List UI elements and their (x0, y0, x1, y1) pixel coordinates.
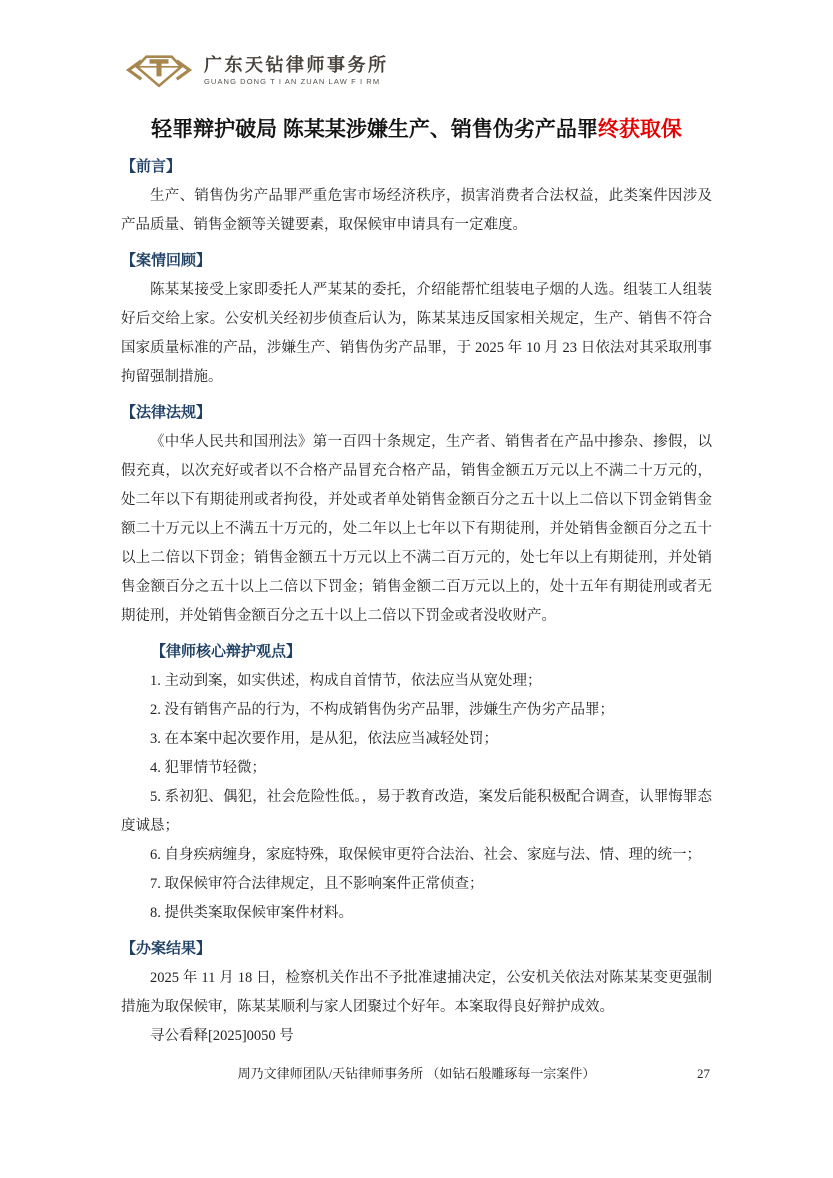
logo-name-en: GUANG DONG T I AN ZUAN LAW F I RM (204, 77, 389, 86)
title-main-text: 轻罪辩护破局 陈某某涉嫌生产、销售伪劣产品罪 (151, 118, 598, 141)
law-firm-logo: 广东天钻律师事务所 GUANG DONG T I AN ZUAN LAW F I… (121, 46, 712, 94)
title-highlight-text: 终获取保 (598, 118, 682, 141)
case-reference-number: 寻公看释[2025]0050 号 (121, 1022, 712, 1051)
section-heading-defense-points: 【律师核心辩护观点】 (121, 639, 712, 665)
defense-point-1: 1. 主动到案，如实供述，构成自首情节，依法应当从宽处理； (121, 667, 712, 696)
defense-point-7: 7. 取保候审符合法律规定，且不影响案件正常侦查； (121, 870, 712, 899)
logo-text-block: 广东天钻律师事务所 GUANG DONG T I AN ZUAN LAW F I… (204, 55, 389, 86)
result-paragraph: 2025 年 11 月 18 日，检察机关作出不予批准逮捕决定，公安机关依法对陈… (121, 964, 712, 1022)
foreword-paragraph: 生产、销售伪劣产品罪严重危害市场经济秩序，损害消费者合法权益，此类案件因涉及产品… (121, 182, 712, 240)
section-heading-result: 【办案结果】 (121, 936, 712, 962)
article-title: 轻罪辩护破局 陈某某涉嫌生产、销售伪劣产品罪终获取保 (121, 115, 712, 144)
document-page: 广东天钻律师事务所 GUANG DONG T I AN ZUAN LAW F I… (0, 0, 833, 1178)
logo-name-cn: 广东天钻律师事务所 (204, 55, 389, 75)
diamond-logo-icon (121, 47, 197, 93)
defense-point-4: 4. 犯罪情节轻微； (121, 754, 712, 783)
defense-point-8: 8. 提供类案取保候审案件材料。 (121, 899, 712, 928)
case-review-paragraph: 陈某某接受上家即委托人严某某的委托，介绍能帮忙组装电子烟的人选。组装工人组装好后… (121, 276, 712, 392)
laws-paragraph: 《中华人民共和国刑法》第一百四十条规定，生产者、销售者在产品中掺杂、掺假，以假充… (121, 428, 712, 631)
defense-point-6: 6. 自身疾病缠身，家庭特殊，取保候审更符合法治、社会、家庭与法、情、理的统一； (121, 841, 712, 870)
defense-point-5: 5. 系初犯、偶犯，社会危险性低。，易于教育改造，案发后能积极配合调查，认罪悔罪… (121, 783, 712, 841)
defense-point-2: 2. 没有销售产品的行为，不构成销售伪劣产品罪，涉嫌生产伪劣产品罪； (121, 696, 712, 725)
defense-point-3: 3. 在本案中起次要作用，是从犯，依法应当减轻处罚； (121, 725, 712, 754)
section-heading-foreword: 【前言】 (121, 154, 712, 180)
section-heading-laws: 【法律法规】 (121, 400, 712, 426)
page-number: 27 (697, 1064, 710, 1084)
section-heading-case-review: 【案情回顾】 (121, 248, 712, 274)
